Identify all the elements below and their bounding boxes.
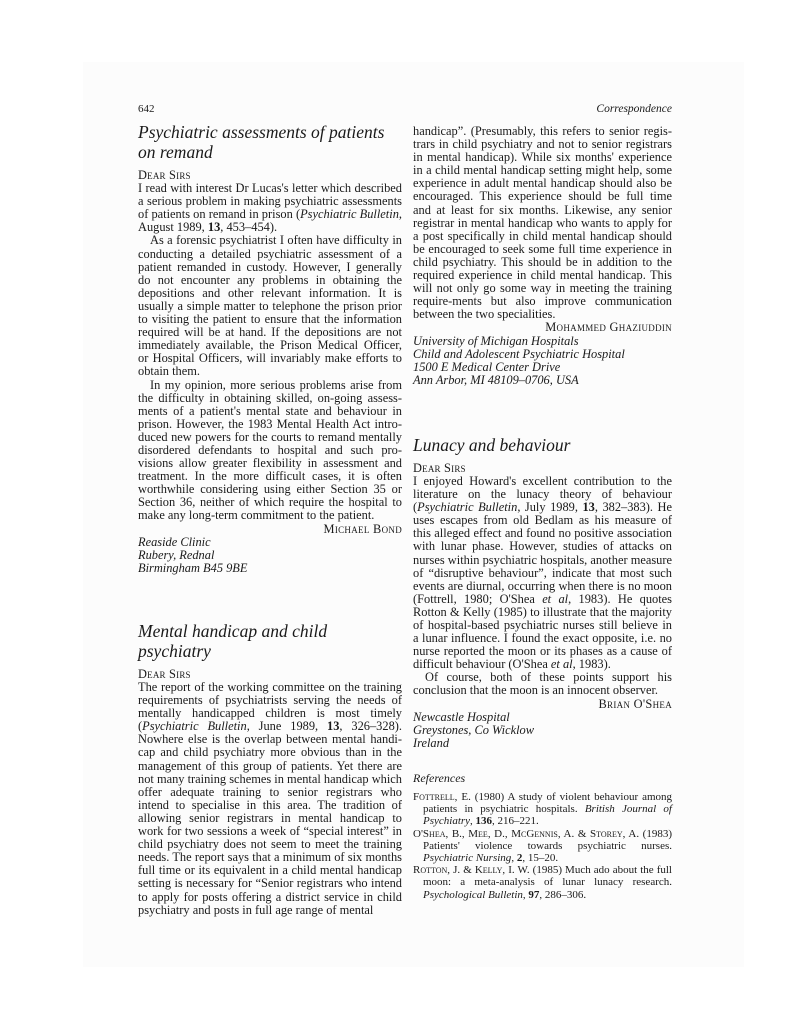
letter-title: Lunacy and behaviour	[413, 435, 672, 455]
journal-name: Psychiatric Bulletin	[417, 500, 517, 514]
letter-mental-handicap-continued: handicap”. (Presumably, this refers to s…	[413, 125, 672, 387]
address-line: Rubery, Rednal	[138, 549, 402, 562]
address-line: Birmingham B45 9BE	[138, 562, 402, 575]
reference-item: Fottrell, E. (1980) A study of violent b…	[413, 791, 672, 828]
letter-lunacy-behaviour: Lunacy and behaviour Dear Sirs I enjoyed…	[413, 435, 672, 750]
paragraph: As a forensic psychiatrist I often have …	[138, 234, 402, 378]
references: References Fottrell, E. (1980) A study o…	[413, 772, 672, 901]
address: Newcastle Hospital Greystones, Co Wicklo…	[413, 711, 672, 750]
volume: 13	[582, 500, 594, 514]
address-line: 1500 E Medical Center Drive	[413, 361, 672, 374]
address-line: University of Michigan Hospitals	[413, 335, 672, 348]
references-title: References	[413, 772, 672, 785]
reference-item: O'Shea, B., Mee, D., McGennis, A. & Stor…	[413, 828, 672, 865]
journal-name: Psychiatric Bulletin	[300, 207, 399, 221]
address: Reaside Clinic Rubery, Rednal Birmingham…	[138, 536, 402, 575]
signature: Mohammed Ghaziuddin	[413, 321, 672, 334]
address: University of Michigan Hospitals Child a…	[413, 335, 672, 387]
letter-mental-handicap: Mental handicap and child psychiatry Dea…	[138, 621, 402, 917]
letter-title: Mental handicap and child psychiatry	[138, 621, 402, 661]
paragraph: I read with interest Dr Lucas's letter w…	[138, 182, 402, 234]
journal-name: Psychiatric Bulletin	[142, 719, 247, 733]
address-line: Ann Arbor, MI 48109–0706, USA	[413, 374, 672, 387]
address-line: Child and Adolescent Psychiatric Hospita…	[413, 348, 672, 361]
volume: 13	[327, 719, 339, 733]
address-line: Newcastle Hospital	[413, 711, 672, 724]
address-line: Reaside Clinic	[138, 536, 402, 549]
volume: 13	[208, 220, 220, 234]
address-line: Greystones, Co Wicklow	[413, 724, 672, 737]
running-head: Correspondence	[413, 103, 672, 115]
paragraph: I enjoyed Howard's excellent contributio…	[413, 475, 672, 671]
signature: Michael Bond	[138, 523, 402, 536]
address-line: Ireland	[413, 737, 672, 750]
paragraph: The report of the working committee on t…	[138, 681, 402, 917]
reference-item: Rotton, J. & Kelly, I. W. (1985) Much ad…	[413, 864, 672, 901]
right-column: handicap”. (Presumably, this refers to s…	[413, 125, 672, 901]
letter-title: Psychiatric assessments of patients on r…	[138, 122, 402, 162]
letter-psychiatric-assessments: Psychiatric assessments of patients on r…	[138, 122, 402, 575]
left-column: Psychiatric assessments of patients on r…	[138, 122, 402, 917]
paragraph: handicap”. (Presumably, this refers to s…	[413, 125, 672, 321]
paragraph: Of course, both of these points support …	[413, 671, 672, 697]
paragraph: In my opinion, more serious problems ari…	[138, 379, 402, 523]
page-number: 642	[138, 103, 155, 115]
signature: Brian O'Shea	[413, 698, 672, 711]
